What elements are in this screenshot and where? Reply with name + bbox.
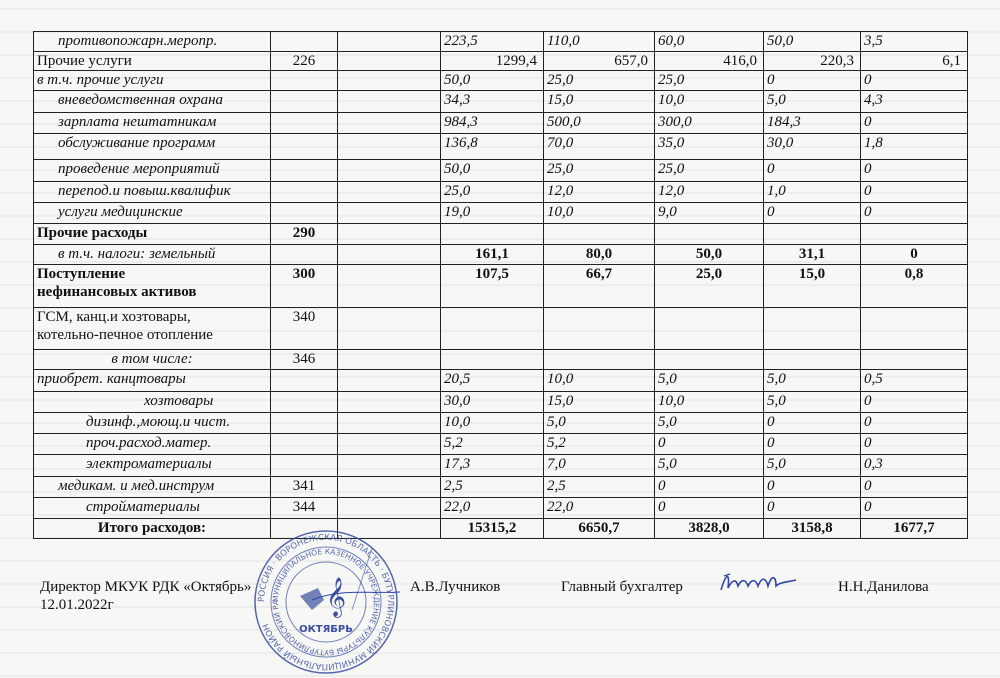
budget-table: противопожарн.меропр.223,5110,060,050,03… [33, 31, 968, 539]
value-cell: 3,5 [861, 32, 968, 52]
value-cell: 5,2 [441, 434, 544, 455]
value-cell [655, 350, 764, 370]
value-cell: 10,0 [544, 370, 655, 392]
value-cell: 1677,7 [861, 519, 968, 539]
value-cell: 220,3 [764, 52, 861, 71]
table-row: в т.ч. прочие услуги50,025,025,000 [34, 71, 968, 91]
row-code [271, 455, 338, 477]
row-code [271, 32, 338, 52]
value-cell: 6,1 [861, 52, 968, 71]
table-row: электроматериалы17,37,05,05,00,3 [34, 455, 968, 477]
table-row: противопожарн.меропр.223,5110,060,050,03… [34, 32, 968, 52]
empty-cell [338, 477, 441, 498]
value-cell: 0 [764, 203, 861, 224]
table-row: в т.ч. налоги: земельный161,180,050,031,… [34, 245, 968, 265]
value-cell: 0 [655, 498, 764, 519]
value-cell: 0 [764, 498, 861, 519]
empty-cell [338, 52, 441, 71]
row-code: 226 [271, 52, 338, 71]
value-cell: 5,0 [655, 413, 764, 434]
row-code [271, 392, 338, 413]
scan-artifact [0, 629, 1000, 631]
value-cell: 184,3 [764, 113, 861, 134]
value-cell [861, 224, 968, 245]
row-code: 340 [271, 308, 338, 350]
value-cell: 0 [861, 71, 968, 91]
value-cell: 0,3 [861, 455, 968, 477]
value-cell: 0 [655, 434, 764, 455]
empty-cell [338, 134, 441, 160]
row-label: стройматериалы [34, 498, 271, 519]
value-cell [861, 308, 968, 350]
row-code [271, 113, 338, 134]
row-label: проведение мероприятий [34, 160, 271, 182]
value-cell: 0 [861, 498, 968, 519]
table-row: услуги медицинские19,010,09,000 [34, 203, 968, 224]
accountant-name: Н.Н.Данилова [838, 579, 929, 596]
value-cell: 5,2 [544, 434, 655, 455]
row-label: Итого расходов: [34, 519, 271, 539]
value-cell: 0 [861, 392, 968, 413]
table-row: обслуживание программ136,870,035,030,01,… [34, 134, 968, 160]
value-cell: 17,3 [441, 455, 544, 477]
table-row: проведение мероприятий50,025,025,000 [34, 160, 968, 182]
value-cell: 416,0 [655, 52, 764, 71]
row-label: Прочие расходы [34, 224, 271, 245]
value-cell: 12,0 [544, 182, 655, 203]
value-cell: 5,0 [764, 455, 861, 477]
empty-cell [338, 392, 441, 413]
value-cell: 4,3 [861, 91, 968, 113]
value-cell: 30,0 [764, 134, 861, 160]
value-cell: 15,0 [544, 91, 655, 113]
row-code [271, 434, 338, 455]
value-cell [441, 308, 544, 350]
official-stamp-icon: РОССИЯ · ВОРОНЕЖСКАЯ ОБЛАСТЬ · БУТУРЛИНО… [252, 528, 400, 676]
value-cell: 60,0 [655, 32, 764, 52]
value-cell: 25,0 [544, 71, 655, 91]
empty-cell [338, 113, 441, 134]
value-cell: 0 [861, 477, 968, 498]
row-label: в т.ч. прочие услуги [34, 71, 271, 91]
scan-artifact [0, 560, 1000, 562]
value-cell: 0 [764, 434, 861, 455]
row-label: зарплата нештатникам [34, 113, 271, 134]
row-code: 290 [271, 224, 338, 245]
row-label: вневедомственная охрана [34, 91, 271, 113]
signature-date: 12.01.2022г [40, 597, 114, 614]
row-label: ГСМ, канц.и хозтовары, котельно-печное о… [34, 308, 271, 350]
value-cell: 19,0 [441, 203, 544, 224]
empty-cell [338, 455, 441, 477]
table-row: проч.расход.матер.5,25,2000 [34, 434, 968, 455]
row-code [271, 245, 338, 265]
row-code [271, 203, 338, 224]
value-cell: 6650,7 [544, 519, 655, 539]
table-row: вневедомственная охрана34,315,010,05,04,… [34, 91, 968, 113]
table-row: медикам. и мед.инструм3412,52,5000 [34, 477, 968, 498]
value-cell: 657,0 [544, 52, 655, 71]
value-cell: 22,0 [441, 498, 544, 519]
value-cell: 50,0 [764, 32, 861, 52]
value-cell: 66,7 [544, 265, 655, 308]
value-cell: 5,0 [544, 413, 655, 434]
value-cell: 70,0 [544, 134, 655, 160]
value-cell: 15315,2 [441, 519, 544, 539]
value-cell: 2,5 [544, 477, 655, 498]
value-cell [655, 308, 764, 350]
value-cell [655, 224, 764, 245]
value-cell: 0 [655, 477, 764, 498]
empty-cell [338, 245, 441, 265]
empty-cell [338, 350, 441, 370]
value-cell: 0 [861, 113, 968, 134]
value-cell: 223,5 [441, 32, 544, 52]
value-cell: 34,3 [441, 91, 544, 113]
value-cell: 0 [861, 413, 968, 434]
value-cell [861, 350, 968, 370]
row-code [271, 71, 338, 91]
row-label: противопожарн.меропр. [34, 32, 271, 52]
empty-cell [338, 308, 441, 350]
empty-cell [338, 91, 441, 113]
value-cell [441, 350, 544, 370]
value-cell: 0 [861, 160, 968, 182]
value-cell: 20,5 [441, 370, 544, 392]
empty-cell [338, 498, 441, 519]
table-row: стройматериалы34422,022,0000 [34, 498, 968, 519]
row-label: в т.ч. налоги: земельный [34, 245, 271, 265]
row-label: Поступление нефинансовых активов [34, 265, 271, 308]
scan-artifact [0, 652, 1000, 654]
value-cell: 0 [861, 203, 968, 224]
value-cell: 10,0 [655, 392, 764, 413]
value-cell [764, 224, 861, 245]
row-label: Прочие услуги [34, 52, 271, 71]
value-cell: 1299,4 [441, 52, 544, 71]
svg-text:𝄞: 𝄞 [326, 577, 346, 618]
director-name: А.В.Лучников [410, 579, 500, 596]
value-cell [764, 350, 861, 370]
value-cell: 3158,8 [764, 519, 861, 539]
value-cell [544, 308, 655, 350]
empty-cell [338, 370, 441, 392]
value-cell: 25,0 [655, 71, 764, 91]
row-label: медикам. и мед.инструм [34, 477, 271, 498]
row-label: дизинф.,моющ.и чист. [34, 413, 271, 434]
row-label: обслуживание программ [34, 134, 271, 160]
table-row: Итого расходов:15315,26650,73828,03158,8… [34, 519, 968, 539]
director-title: Директор МКУК РДК «Октябрь» [40, 579, 251, 596]
value-cell: 50,0 [441, 71, 544, 91]
value-cell: 15,0 [764, 265, 861, 308]
row-label: приобрет. канцтовары [34, 370, 271, 392]
value-cell: 5,0 [655, 370, 764, 392]
table-row: зарплата нештатникам984,3500,0300,0184,3… [34, 113, 968, 134]
table-row: Прочие расходы290 [34, 224, 968, 245]
value-cell: 9,0 [655, 203, 764, 224]
value-cell: 0,5 [861, 370, 968, 392]
value-cell: 5,0 [764, 91, 861, 113]
value-cell: 500,0 [544, 113, 655, 134]
value-cell: 1,0 [764, 182, 861, 203]
row-label: хозтовары [34, 392, 271, 413]
row-code [271, 134, 338, 160]
empty-cell [338, 32, 441, 52]
value-cell: 0 [764, 71, 861, 91]
scan-artifact [0, 675, 1000, 677]
table-row: перепод.и повыш.квалифик25,012,012,01,00 [34, 182, 968, 203]
table-row: хозтовары30,015,010,05,00 [34, 392, 968, 413]
empty-cell [338, 224, 441, 245]
value-cell: 136,8 [441, 134, 544, 160]
row-label: электроматериалы [34, 455, 271, 477]
value-cell: 0 [764, 413, 861, 434]
value-cell: 161,1 [441, 245, 544, 265]
value-cell: 0 [861, 182, 968, 203]
value-cell: 3828,0 [655, 519, 764, 539]
scan-artifact [0, 606, 1000, 608]
value-cell: 25,0 [655, 160, 764, 182]
value-cell: 80,0 [544, 245, 655, 265]
row-code: 300 [271, 265, 338, 308]
value-cell: 107,5 [441, 265, 544, 308]
value-cell: 0 [861, 245, 968, 265]
value-cell [544, 224, 655, 245]
value-cell: 0 [861, 434, 968, 455]
empty-cell [338, 182, 441, 203]
value-cell: 22,0 [544, 498, 655, 519]
value-cell: 984,3 [441, 113, 544, 134]
empty-cell [338, 203, 441, 224]
value-cell: 5,0 [764, 370, 861, 392]
table-row: ГСМ, канц.и хозтовары, котельно-печное о… [34, 308, 968, 350]
empty-cell [338, 71, 441, 91]
value-cell: 12,0 [655, 182, 764, 203]
accountant-signature-icon [718, 568, 798, 598]
row-code: 341 [271, 477, 338, 498]
value-cell: 110,0 [544, 32, 655, 52]
value-cell: 2,5 [441, 477, 544, 498]
row-code [271, 182, 338, 203]
value-cell: 10,0 [655, 91, 764, 113]
value-cell: 15,0 [544, 392, 655, 413]
value-cell: 25,0 [441, 182, 544, 203]
empty-cell [338, 413, 441, 434]
empty-cell [338, 160, 441, 182]
value-cell: 7,0 [544, 455, 655, 477]
table-row: дизинф.,моющ.и чист.10,05,05,000 [34, 413, 968, 434]
value-cell: 50,0 [655, 245, 764, 265]
row-label: в том числе: [34, 350, 271, 370]
value-cell: 1,8 [861, 134, 968, 160]
empty-cell [338, 265, 441, 308]
row-code [271, 91, 338, 113]
table-row: в том числе:346 [34, 350, 968, 370]
empty-cell [338, 434, 441, 455]
row-code [271, 370, 338, 392]
value-cell [544, 350, 655, 370]
value-cell: 5,0 [655, 455, 764, 477]
row-code: 346 [271, 350, 338, 370]
row-label: услуги медицинские [34, 203, 271, 224]
value-cell: 0 [764, 477, 861, 498]
table-row: Прочие услуги2261299,4657,0416,0220,36,1 [34, 52, 968, 71]
value-cell [764, 308, 861, 350]
value-cell: 10,0 [441, 413, 544, 434]
value-cell: 0,8 [861, 265, 968, 308]
value-cell: 35,0 [655, 134, 764, 160]
value-cell: 25,0 [544, 160, 655, 182]
value-cell: 5,0 [764, 392, 861, 413]
scan-artifact [0, 8, 1000, 10]
value-cell: 10,0 [544, 203, 655, 224]
svg-text:ОКТЯБРЬ: ОКТЯБРЬ [299, 624, 353, 635]
value-cell [441, 224, 544, 245]
row-label: перепод.и повыш.квалифик [34, 182, 271, 203]
table-row: Поступление нефинансовых активов300107,5… [34, 265, 968, 308]
row-label: проч.расход.матер. [34, 434, 271, 455]
value-cell: 0 [764, 160, 861, 182]
table-row: приобрет. канцтовары20,510,05,05,00,5 [34, 370, 968, 392]
row-code [271, 413, 338, 434]
value-cell: 300,0 [655, 113, 764, 134]
row-code: 344 [271, 498, 338, 519]
value-cell: 31,1 [764, 245, 861, 265]
value-cell: 30,0 [441, 392, 544, 413]
row-code [271, 160, 338, 182]
value-cell: 25,0 [655, 265, 764, 308]
accountant-title: Главный бухгалтер [561, 579, 683, 596]
value-cell: 50,0 [441, 160, 544, 182]
